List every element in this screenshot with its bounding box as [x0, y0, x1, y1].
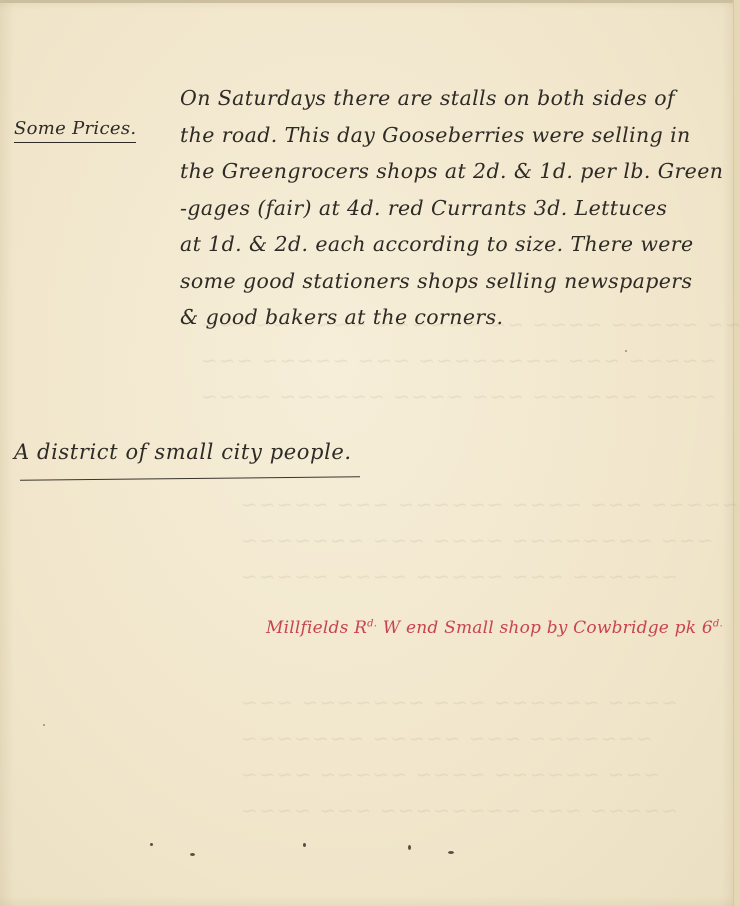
notebook-page: ~~~ ~~~~~ ~~~~ ~~ ~~~~~~ ~~~~ ~~~~~ ~~~~… — [0, 0, 740, 906]
ink-speck — [303, 843, 306, 847]
margin-heading-text: Some Prices. — [14, 118, 136, 143]
bleed-through-line: ~~~~~ ~~~ ~~~~ ~~~~~~ ~~~ ~~~~~ — [240, 492, 739, 516]
body-line: On Saturdays there are stalls on both si… — [180, 80, 732, 117]
bleed-through-line: ~~~~~~~ ~~~ ~~~~~ ~~~~~~~ — [240, 726, 653, 750]
body-line: the road. This day Gooseberries were sel… — [180, 117, 732, 154]
red-ink-annotation: Millfields Rd. W end Small shop by Cowbr… — [266, 618, 723, 638]
margin-heading-some-prices: Some Prices. — [14, 118, 136, 139]
annotation-text-rest: W end Small shop by Cowbridge pk 6 — [377, 618, 713, 638]
body-line: some good stationers shops selling newsp… — [180, 263, 732, 300]
ink-speck — [625, 350, 627, 352]
ink-speck — [150, 843, 153, 846]
bleed-through-line: ~~~~ ~~~~~~ ~~~ ~~~~ ~~~~~~ ~~~~ — [200, 384, 716, 408]
annotation-tail-sup: d. — [713, 618, 723, 629]
page-top-edge — [0, 0, 740, 3]
annotation-sup: d. — [367, 618, 377, 629]
section-heading-underline — [20, 476, 360, 481]
section-heading-district: A district of small city people. — [14, 440, 352, 464]
bleed-through-line: ~~~ ~~~~~~~~ ~~~~ ~~~ ~~~~~~~ — [240, 528, 713, 552]
bleed-through-line: ~~~~~ ~~~ ~~~~~~~~ ~~~ ~~~~ — [240, 798, 678, 822]
bleed-through-line: ~~~~ ~~~~~~ ~~~ ~~~~~~~ ~~~ — [240, 690, 678, 714]
bleed-through-line: ~~~~~ ~~~ ~~~~~~~~ ~~~ ~~~~~ ~~~ — [200, 348, 716, 372]
body-paragraph: On Saturdays there are stalls on both si… — [180, 80, 732, 336]
ink-speck — [448, 851, 454, 854]
ink-speck — [43, 724, 45, 726]
bleed-through-line: ~~~~~~ ~~~ ~~~~~ ~~~~ ~~~~~ — [240, 564, 678, 588]
body-line: at 1d. & 2d. each according to size. The… — [180, 226, 732, 263]
body-line: & good bakers at the corners. — [180, 299, 732, 336]
bleed-through-line: ~~~ ~~~~~~ ~~~~ ~~~~~ ~~~~ — [240, 762, 660, 786]
ink-speck — [408, 845, 411, 850]
body-line: the Greengrocers shops at 2d. & 1d. per … — [180, 153, 732, 190]
body-line: -gages (fair) at 4d. red Currants 3d. Le… — [180, 190, 732, 227]
ink-speck — [190, 853, 195, 856]
annotation-text-main: Millfields R — [266, 618, 367, 638]
page-right-edge — [733, 0, 740, 906]
